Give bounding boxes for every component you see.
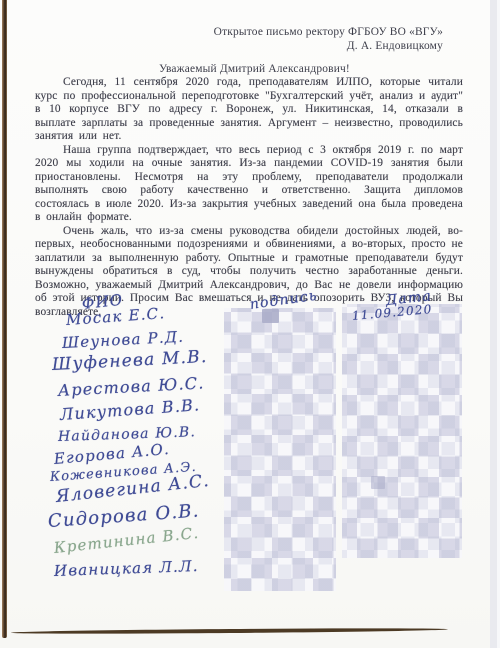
signature-name-12: Иваницкая Л.Л. bbox=[54, 557, 199, 580]
signature-name-5: Ликутова В.В. bbox=[59, 395, 201, 424]
photo-left-edge bbox=[2, 0, 7, 638]
mosaic-dark-square bbox=[262, 309, 279, 323]
paragraph-2: Наша группа подтверждает, что весь перио… bbox=[35, 144, 463, 225]
recipient-line1: Открытое письмо ректору ФГБОУ ВО «ВГУ» bbox=[35, 26, 443, 40]
salutation: Уважаемый Дмитрий Александрович! bbox=[159, 63, 463, 77]
redacted-dates-mosaic bbox=[342, 304, 462, 558]
paragraph-1: Сегодня, 11 сентября 2020 года, преподав… bbox=[35, 76, 463, 144]
photo-bottom-edge bbox=[11, 627, 448, 634]
recipient-line2: Д. А. Ендовицкому bbox=[35, 40, 443, 54]
mosaic-dark-square bbox=[371, 476, 385, 489]
background-strip bbox=[490, 0, 500, 648]
scanned-letter-photo: Открытое письмо ректору ФГБОУ ВО «ВГУ» Д… bbox=[0, 0, 497, 648]
recipient-block: Открытое письмо ректору ФГБОУ ВО «ВГУ» Д… bbox=[35, 26, 463, 54]
signature-name-6: Найданова Ю.В. bbox=[58, 424, 197, 445]
redacted-signatures-mosaic bbox=[224, 308, 336, 591]
letter-body: Открытое письмо ректору ФГБОУ ВО «ВГУ» Д… bbox=[35, 26, 463, 319]
